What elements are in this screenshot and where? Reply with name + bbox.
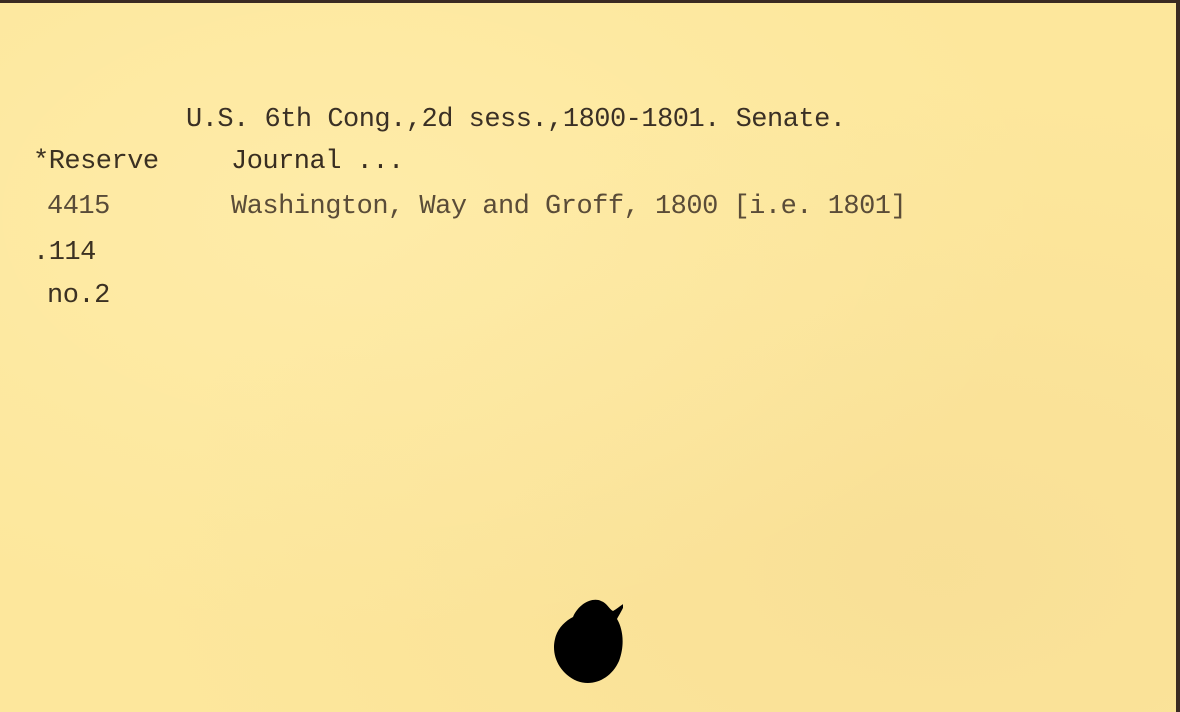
catalog-card: U.S. 6th Cong.,2d sess.,1800-1801. Senat…	[0, 3, 1176, 712]
call-number-line-2: .114	[33, 240, 96, 267]
call-number-location: *Reserve	[33, 149, 159, 176]
call-number-line-1: 4415	[47, 194, 110, 221]
call-number-line-3: no.2	[47, 283, 110, 310]
card-imprint: Washington, Way and Groff, 1800 [i.e. 18…	[231, 194, 906, 221]
card-heading: U.S. 6th Cong.,2d sess.,1800-1801. Senat…	[186, 107, 846, 134]
punch-hole-icon	[553, 595, 623, 685]
card-title: Journal ...	[231, 149, 404, 176]
